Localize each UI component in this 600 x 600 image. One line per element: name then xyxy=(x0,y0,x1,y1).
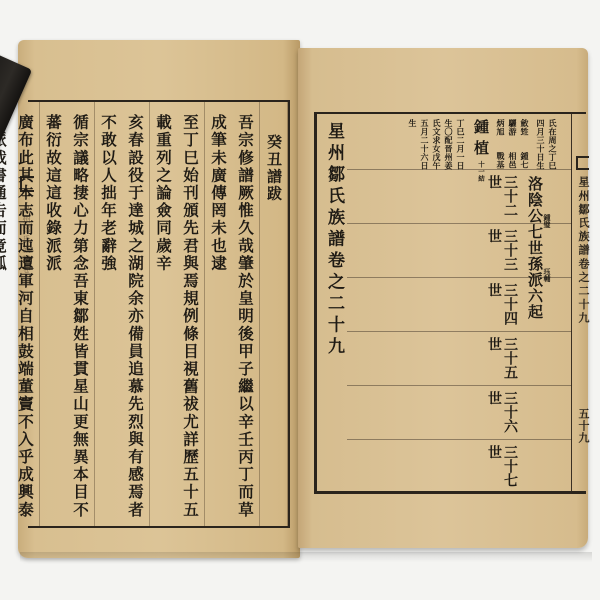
record-note: 炳旭 xyxy=(496,119,506,136)
generation-row: 三十五世 xyxy=(347,332,572,386)
generation-label: 三十六世 xyxy=(486,391,518,439)
volume-title: 星州鄒氏族譜卷之二十九 xyxy=(321,122,347,359)
open-book: 星州鄒氏族譜卷 癸丑譜跋 吾宗修譜厥惟久哉肇於皇明後甲子繼以辛壬丙丁而草成筆未廣… xyxy=(0,0,600,600)
right-page: 星州鄒氏族譜卷之二十九 氏在周之丁巳 四月三十日生 斂甡 鍾七 驪游 xyxy=(298,48,588,548)
record-note: 驪游 xyxy=(508,119,518,136)
text-column: 亥春設役于達城之湖院余亦備員追慕先烈與有感焉者不敢以人拙年老辭強 xyxy=(94,102,149,526)
book-shadow xyxy=(20,552,592,562)
fold-fishtail-mark-icon xyxy=(576,156,589,170)
generation-label: 三十四世 xyxy=(486,283,518,331)
fold-title: 星州鄒氏族譜卷之二十九 xyxy=(575,176,591,326)
generation-label: 三十三世 xyxy=(486,229,518,277)
generation-label: 三十五世 xyxy=(486,337,518,385)
genealogy-grid: 氏在周之丁巳 四月三十日生 斂甡 鍾七 驪游 相邑 炳旭 戰基 xyxy=(347,114,572,491)
text-column: 循宗議略捿心力第念吾東鄒姓皆貫星山更無異本目不蕃衍故這這收錄派派 xyxy=(39,102,94,526)
record-note: 相邑 xyxy=(508,152,518,169)
person-name: 鍾植 xyxy=(472,119,490,161)
generation-label: 三十七世 xyxy=(486,445,518,493)
generation-row: 三十六世 xyxy=(347,386,572,440)
generation-label: 三十二世 xyxy=(486,175,518,223)
branch-label: 洛陰公七世孫派六起 xyxy=(526,176,544,320)
branch-note: 珏輔 xyxy=(542,268,552,282)
text-column: 吾宗修譜厥惟久哉肇於皇明後甲子繼以辛壬丙丁而草成筆未廣傳罔未也逮 xyxy=(204,102,259,526)
record-note: 斂甡 xyxy=(520,119,530,136)
genealogy-table-frame: 星州鄒氏族譜卷之二十九 氏在周之丁巳 四月三十日生 斂甡 鍾七 驪游 xyxy=(314,112,586,494)
text-column: 至丁巳始刊頒先君與焉規例條目視舊祓尤詳歷五十五載重列之論僉同歲辛 xyxy=(149,102,204,526)
record-note: 戰基 xyxy=(496,152,506,169)
record-note: 鍾七 xyxy=(520,152,530,169)
text-column: 廣布此其本志而迍邅軍河自相鼓端董竇不入乎成興泰諸派栽書通告而竟孤 xyxy=(0,102,39,526)
header-row: 氏在周之丁巳 四月三十日生 斂甡 鍾七 驪游 相邑 炳旭 戰基 xyxy=(347,114,572,170)
branch-note: 鍾璧 xyxy=(542,214,552,228)
postscript-title: 癸丑譜跋 xyxy=(259,102,287,526)
page-number: 五十九 xyxy=(575,408,591,444)
left-text-frame: 癸丑譜跋 吾宗修譜厥惟久哉肇於皇明後甲子繼以辛壬丙丁而草成筆未廣傳罔未也逮 至丁… xyxy=(28,100,290,528)
blank-column xyxy=(287,102,288,526)
generation-row: 三十七世 xyxy=(347,440,572,494)
left-page: 星州鄒氏族譜卷 癸丑譜跋 吾宗修譜厥惟久哉肇於皇明後甲子繼以辛壬丙丁而草成筆未廣… xyxy=(18,40,300,558)
fold-margin: 星州鄒氏族譜卷之二十九 五十九 xyxy=(575,112,589,497)
